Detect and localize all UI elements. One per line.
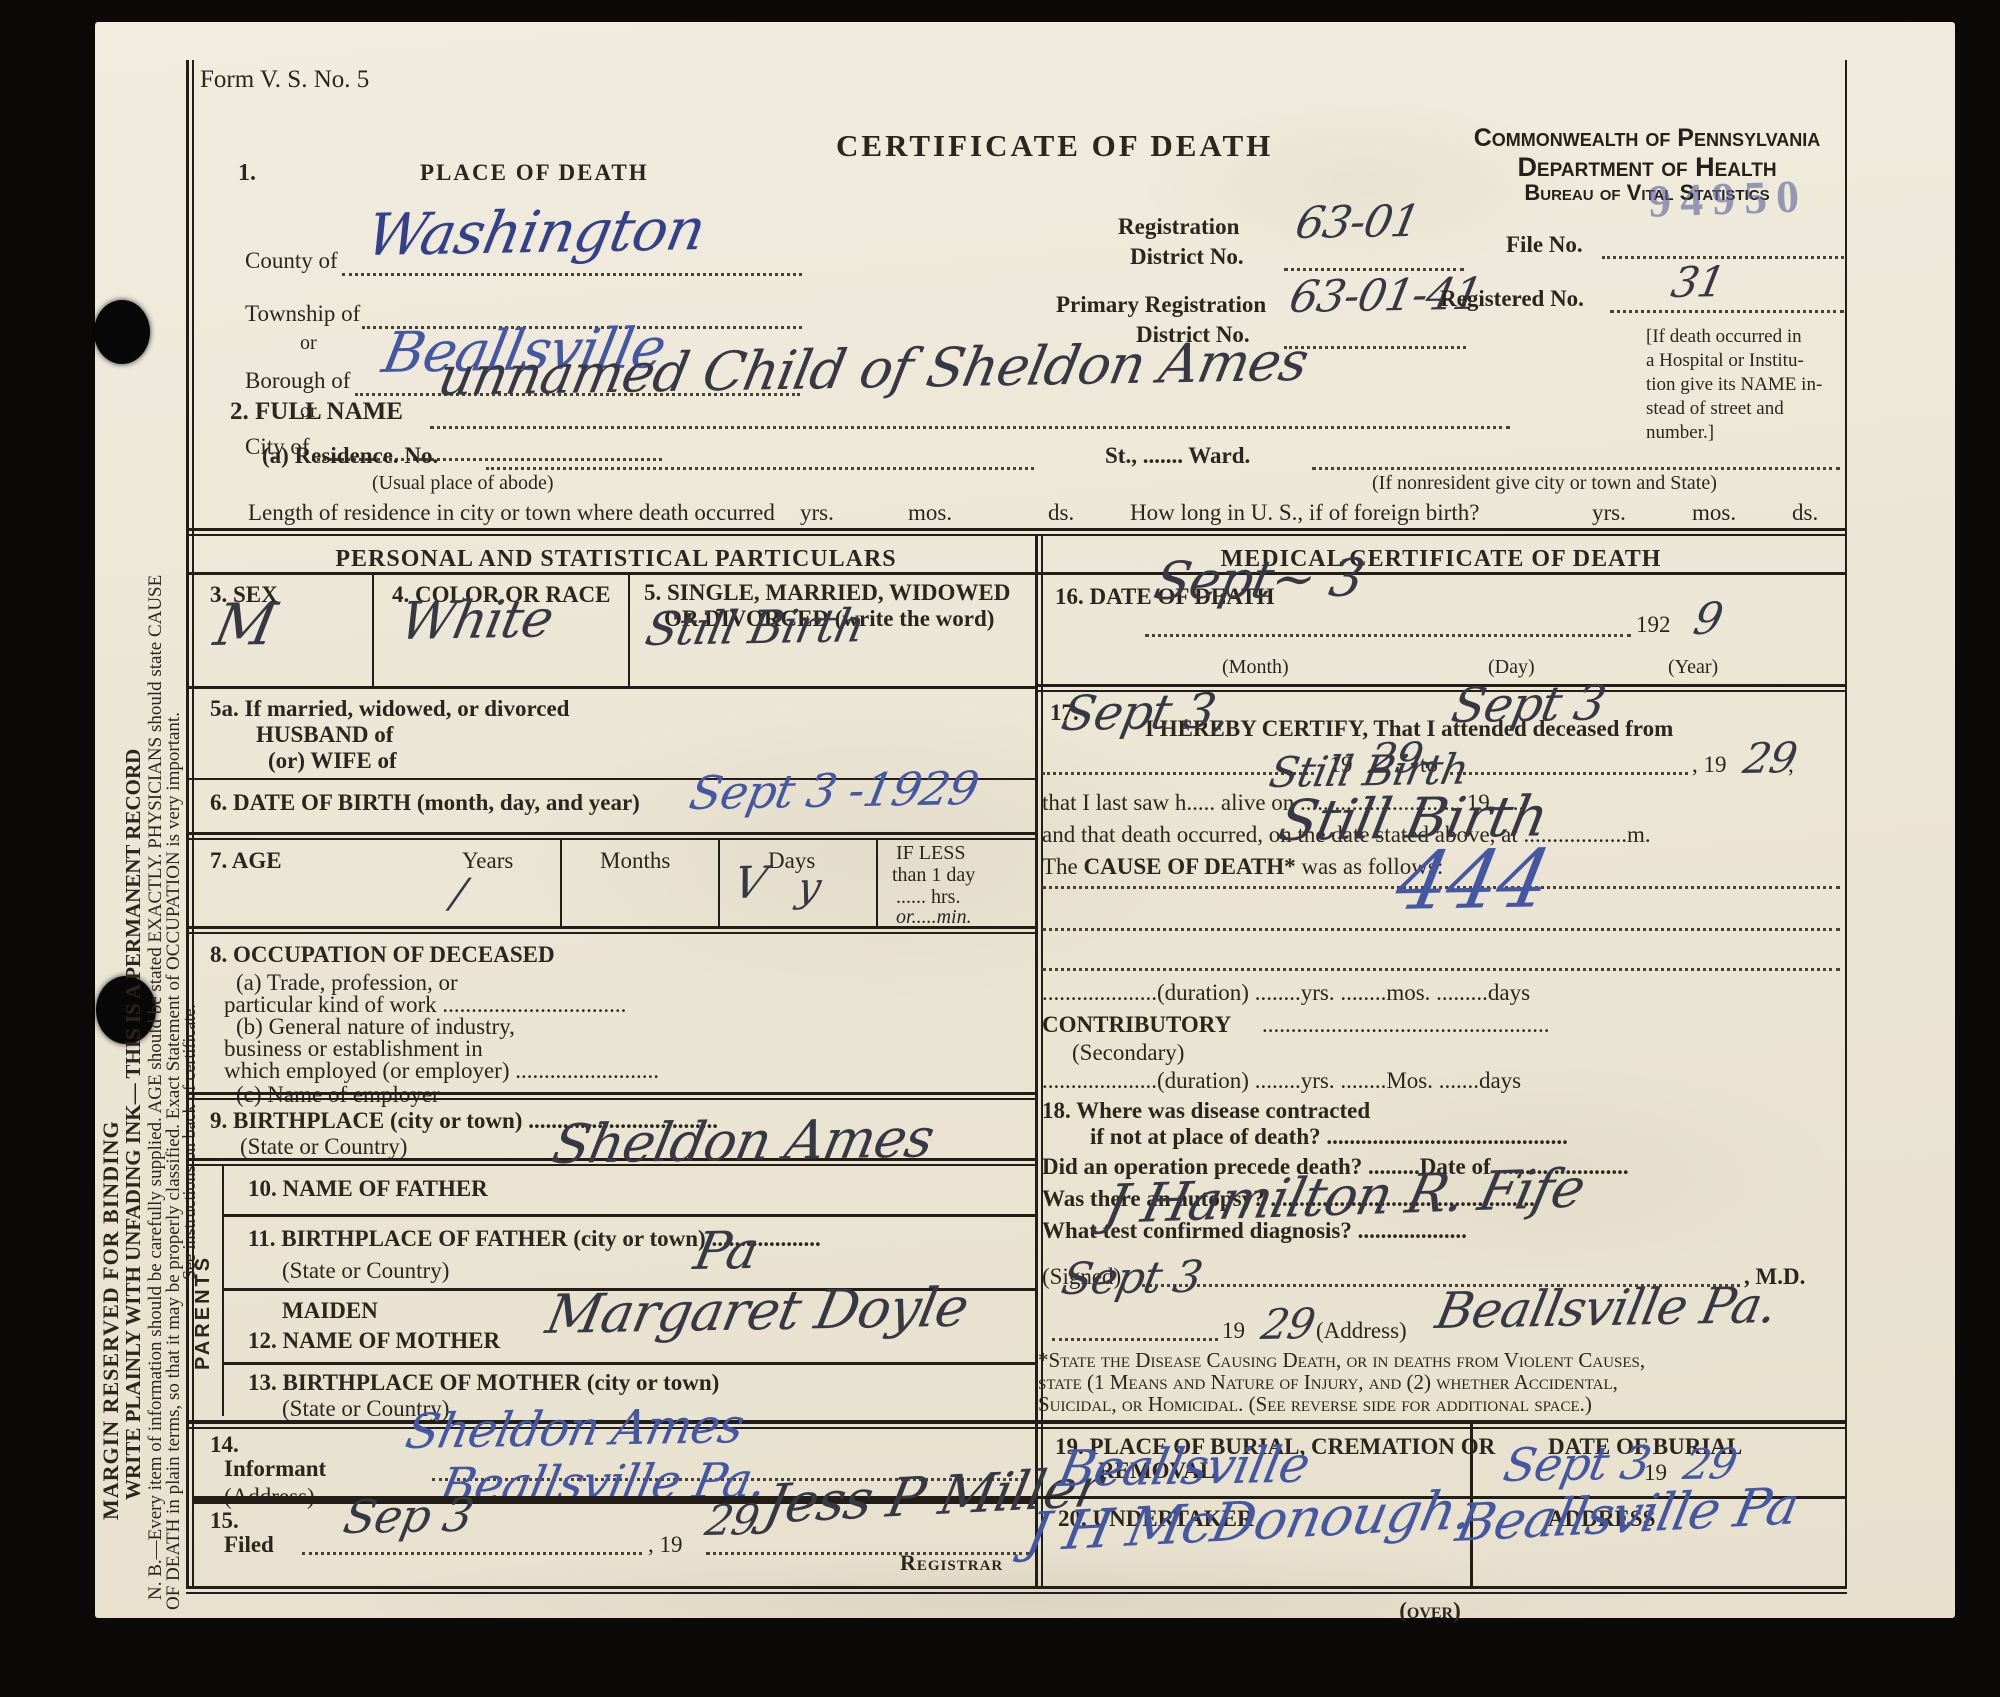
abode-note: (Usual place of abode) (372, 472, 554, 495)
hospital-note-line1: [If death occurred in (1646, 326, 1802, 348)
burial-19: 19 (1644, 1460, 1667, 1486)
date-of-death-line (1145, 634, 1631, 637)
father-name-label: 10. NAME OF FATHER (248, 1176, 488, 1202)
agency-commonwealth: Commonwealth of Pennsylvania (1445, 124, 1849, 153)
footnote-line1: *State the Disease Causing Death, or in … (1038, 1348, 1645, 1372)
row8-bottom-rule-b (186, 1098, 1035, 1100)
cause-line-2 (1042, 928, 1840, 931)
form-bottom-rule-b (186, 1592, 1847, 1594)
age-label: 7. AGE (210, 848, 282, 874)
signed-year-value: 29 (1258, 1303, 1318, 1346)
cause-of-death-line: The CAUSE OF DEATH* was as follows: (1042, 854, 1443, 880)
disease-contracted-label: 18. Where was disease contracted (1042, 1098, 1370, 1124)
age-years-header: Years (462, 848, 513, 874)
mother-name-label: 12. NAME OF MOTHER (248, 1328, 500, 1354)
parents-strip-label: PARENTS (192, 1230, 215, 1370)
row12-bottom-rule (224, 1362, 1035, 1365)
contributory-dots: ........................................… (1262, 1012, 1550, 1038)
ward-line (1312, 467, 1840, 470)
registration-district-label: District No. (1130, 244, 1244, 270)
footnote-line2: state (1 Means and Nature of Injury, and… (1038, 1370, 1618, 1394)
signed-address-value: Beallsville Pa. (1432, 1280, 1781, 1336)
primary-registration-label: Primary Registration (1056, 292, 1266, 318)
dod-month-sublabel: (Month) (1222, 656, 1289, 679)
row10-bottom-rule (224, 1214, 1035, 1217)
hospital-note-line4: stead of street and (1646, 398, 1784, 420)
registration-district-value: 63-01 (1292, 200, 1423, 246)
date-of-death-value: Sept~ 3 (1150, 552, 1368, 608)
place-of-death-heading: PLACE OF DEATH (420, 160, 649, 186)
cause-pre: The (1042, 854, 1084, 879)
margin-note-instructions: See instructions on back of certificate. (179, 560, 200, 1280)
age-ifless-line1: IF LESS (896, 842, 965, 865)
sex-value: M (210, 595, 280, 654)
over-label: (over) (1330, 1598, 1530, 1624)
form-bottom-rule-a (186, 1586, 1847, 1589)
dob-value: Sept 3 -1929 (686, 765, 982, 816)
married-label-line3: (or) WIFE of (268, 748, 397, 774)
row7-bottom-rule-a (186, 926, 1035, 929)
file-stamp-number: 94950 (1647, 169, 1809, 228)
borough-label: Borough of (245, 368, 350, 394)
hospital-note-line2: a Hospital or Institu- (1646, 350, 1804, 372)
row8-bottom-rule-a (186, 1092, 1035, 1095)
st-ward-label: St., ....... Ward. (1105, 443, 1250, 469)
main-divider-bottom (186, 534, 1847, 536)
father-name-value: Sheldon Ames (548, 1111, 938, 1172)
birthplace-state-label: (State or Country) (240, 1134, 407, 1160)
residence-label: (a) Residence. No. (262, 443, 438, 469)
registered-no-value: 31 (1668, 261, 1728, 304)
age-years-months-divider (560, 840, 562, 926)
marital-value: Still Birth (642, 602, 868, 652)
row5-bottom-rule (186, 686, 1035, 689)
filed-date-line (302, 1552, 642, 1555)
occupation-label: 8. OCCUPATION OF DECEASED (210, 942, 555, 968)
color-race-value: White (396, 593, 557, 648)
attended-to-line (1450, 772, 1688, 775)
mother-birthplace-label: 13. BIRTHPLACE OF MOTHER (city or town) (248, 1370, 719, 1396)
full-name-line (430, 426, 1510, 429)
page-title: CERTIFICATE OF DEATH (836, 128, 1236, 164)
length-yrs: yrs. (800, 500, 834, 526)
dod-year-printed: 192 (1636, 612, 1671, 638)
county-label: County of (245, 248, 338, 274)
father-birthplace-state: (State or Country) (282, 1258, 449, 1284)
full-name-value: unnamed Child of Sheldon Ames (434, 335, 1312, 404)
township-label: Township of (245, 301, 360, 327)
filed-year-value: 29 (702, 1499, 762, 1542)
filed-number: 15. (210, 1508, 239, 1534)
father-birthplace-value: Pa (690, 1225, 762, 1278)
married-label-line1: 5a. If married, widowed, or divorced (210, 696, 569, 722)
dod-year-sublabel: (Year) (1668, 656, 1718, 679)
informant-number: 14. (210, 1432, 239, 1458)
age-months-days-divider (718, 840, 720, 926)
form-border-right (1845, 60, 1847, 1586)
margin-note-permanent-record: WRITE PLAINLY WITH UNFADING INK— THIS IS… (121, 240, 146, 1500)
row7-bottom-rule-b (186, 932, 1035, 934)
row6-bottom-rule-b (186, 838, 1035, 840)
color-marital-divider (628, 572, 630, 686)
county-value: Washington (362, 200, 709, 264)
contributory-label: CONTRIBUTORY (1042, 1012, 1231, 1038)
full-name-label: 2. FULL NAME (230, 398, 403, 427)
residence-line (486, 467, 1034, 470)
physician-signature: J Hamilton R. Fife (1100, 1162, 1589, 1232)
age-months-header: Months (600, 848, 670, 874)
burial-top-rule-b (1038, 1427, 1847, 1429)
cause-line-3 (1042, 968, 1840, 971)
burial-place-value: Beallsville (1054, 1440, 1313, 1494)
registration-label: Registration (1118, 214, 1239, 240)
main-divider-top (186, 528, 1847, 531)
to-comma: , (1788, 752, 1794, 778)
filed-date-value: Sep 3 (340, 1492, 477, 1540)
registered-no-line (1610, 310, 1844, 313)
married-label-line2: HUSBAND of (256, 722, 393, 748)
form-number: Form V. S. No. 5 (200, 66, 369, 95)
form-border-left-outer (186, 60, 189, 1586)
disease-contracted-line2: if not at place of death? ..............… (1090, 1124, 1568, 1150)
sex-color-divider (372, 572, 374, 686)
mother-name-value: Margaret Doyle (542, 1281, 972, 1342)
cause-bold: CAUSE OF DEATH* (1084, 854, 1296, 879)
occupation-c: (c) Name of employer (236, 1082, 440, 1108)
row6-bottom-rule-a (186, 832, 1035, 835)
or1-label: or (300, 332, 317, 355)
county-line (342, 273, 802, 276)
nonresident-note: (If nonresident give city or town and St… (1372, 472, 1717, 495)
secondary-label: (Secondary) (1072, 1040, 1184, 1066)
us-mos: mos. (1692, 500, 1736, 526)
us-ds: ds. (1792, 500, 1818, 526)
signed-date-line (1052, 1338, 1218, 1341)
footnote-line3: Suicidal, or Homicidal. (See reverse sid… (1038, 1392, 1592, 1416)
dob-label: 6. DATE OF BIRTH (month, day, and year) (210, 790, 640, 816)
registrar-label: Registrar (900, 1550, 1003, 1575)
informant-label: Informant (224, 1456, 326, 1482)
filed-19: , 19 (648, 1532, 683, 1558)
signed-19: 19 (1222, 1318, 1245, 1344)
age-ifless-line2: than 1 day (892, 864, 975, 887)
us-yrs: yrs. (1592, 500, 1626, 526)
signed-address-label: (Address) (1316, 1318, 1407, 1344)
dod-day-sublabel: (Day) (1488, 656, 1535, 679)
length-residence-label: Length of residence in city or town wher… (248, 500, 775, 526)
to-19: , 19 (1692, 752, 1727, 778)
primary-registration-line (1284, 346, 1466, 349)
length-ds: ds. (1048, 500, 1074, 526)
age-days-ifless-divider (876, 840, 878, 926)
filed-label: Filed (224, 1532, 274, 1558)
hospital-note-line3: tion give its NAME in- (1646, 374, 1822, 396)
burial-top-rule-a (1038, 1420, 1847, 1424)
attended-to-value: Sept 3 (1448, 679, 1609, 730)
occupation-b3: which employed (or employer) ...........… (224, 1058, 659, 1084)
file-no-label: File No. (1506, 232, 1583, 258)
signed-date-value: Sept 3 (1058, 1256, 1205, 1302)
left-table-top-rule (186, 572, 1035, 575)
burial-date-value: Sept 3 (1500, 1439, 1654, 1488)
section1-number: 1. (238, 160, 256, 188)
maiden-label: MAIDEN (282, 1298, 378, 1324)
hospital-note-line5: number.] (1646, 422, 1714, 444)
how-long-us-label: How long in U. S., if of foreign birth? (1130, 500, 1479, 526)
registered-no-label: Registered No. (1440, 286, 1584, 312)
duration2-text: ....................(duration) ........y… (1042, 1068, 1521, 1094)
attended-from-value: Sept 3, (1058, 687, 1233, 738)
length-mos: mos. (908, 500, 952, 526)
duration1-text: ....................(duration) ........y… (1042, 980, 1530, 1006)
informant-value: Sheldon Ames (402, 1402, 747, 1456)
personal-heading: PERSONAL AND STATISTICAL PARTICULARS (226, 546, 1006, 574)
cause-code-value: 444 (1390, 839, 1556, 922)
